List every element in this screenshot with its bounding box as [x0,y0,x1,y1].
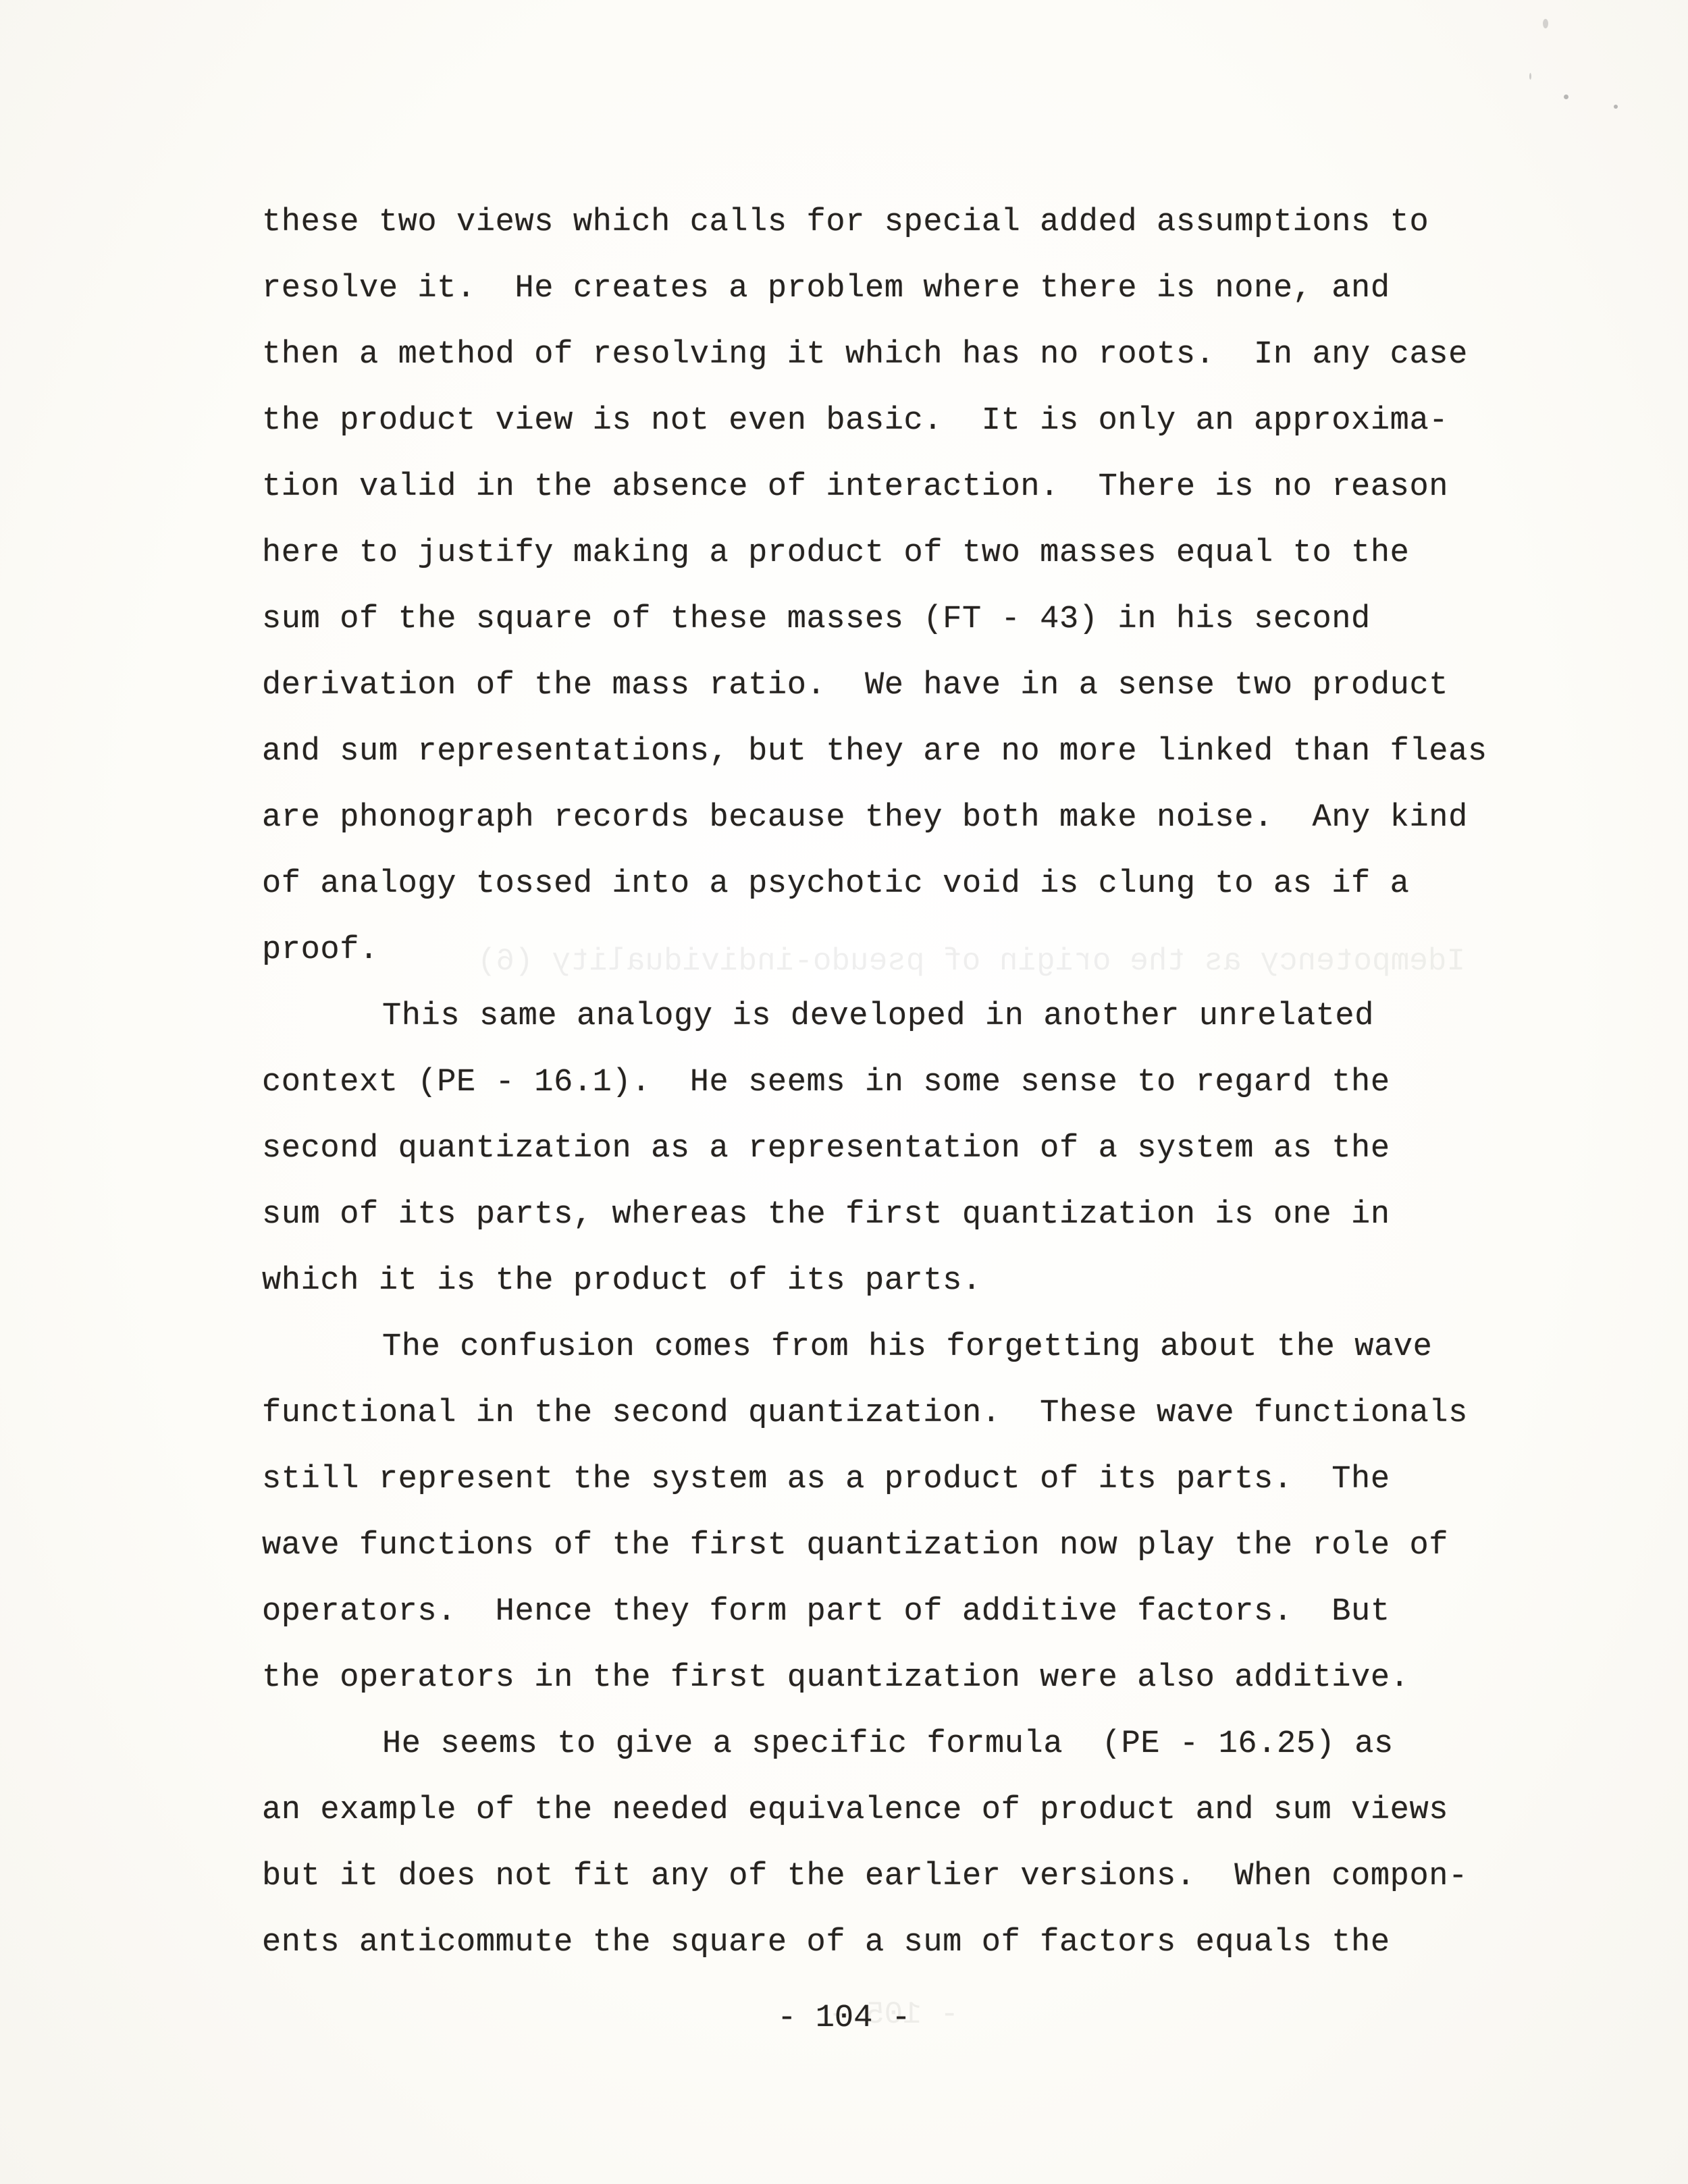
paper-speck [1614,105,1618,109]
text-line: the product view is not even basic. It i… [262,405,1448,437]
paragraph-start-line: This same analogy is developed in anothe… [382,1001,1374,1032]
paper-speck [1529,73,1531,80]
paper-speck [1543,19,1548,28]
text-line: derivation of the mass ratio. We have in… [262,670,1448,701]
text-line: resolve it. He creates a problem where t… [262,273,1390,304]
paragraph-start-line: He seems to give a specific formula (PE … [382,1728,1394,1760]
text-line: and sum representations, but they are no… [262,736,1487,768]
text-line: operators. Hence they form part of addit… [262,1596,1390,1628]
page-number: - 104 - [0,2000,1688,2036]
text-line: proof. [262,934,379,966]
text-line: these two views which calls for special … [262,207,1429,238]
text-line: sum of its parts, whereas the first quan… [262,1199,1390,1231]
text-line: still represent the system as a product … [262,1464,1390,1495]
text-line: then a method of resolving it which has … [262,339,1468,371]
text-line: but it does not fit any of the earlier v… [262,1861,1468,1892]
text-line: functional in the second quantization. T… [262,1397,1468,1429]
show-through-heading: Idempotency as the origin of pseudo-indi… [477,944,1465,979]
text-line: wave functions of the first quantization… [262,1530,1448,1562]
paper-speck [1564,95,1568,99]
text-line: sum of the square of these masses (FT - … [262,604,1371,635]
document-page: Idempotency as the origin of pseudo-indi… [0,0,1688,2184]
text-line: context (PE - 16.1). He seems in some se… [262,1067,1390,1098]
text-line: ents anticommute the square of a sum of … [262,1927,1390,1959]
paragraph-start-line: The confusion comes from his forgetting … [382,1331,1432,1363]
text-line: an example of the needed equivalence of … [262,1794,1448,1826]
text-line: are phonograph records because they both… [262,802,1468,834]
text-line: the operators in the first quantization … [262,1662,1409,1694]
text-line: of analogy tossed into a psychotic void … [262,868,1409,900]
text-line: here to justify making a product of two … [262,537,1409,569]
text-line: tion valid in the absence of interaction… [262,471,1448,503]
text-line: second quantization as a representation … [262,1133,1390,1165]
text-line: which it is the product of its parts. [262,1265,982,1297]
